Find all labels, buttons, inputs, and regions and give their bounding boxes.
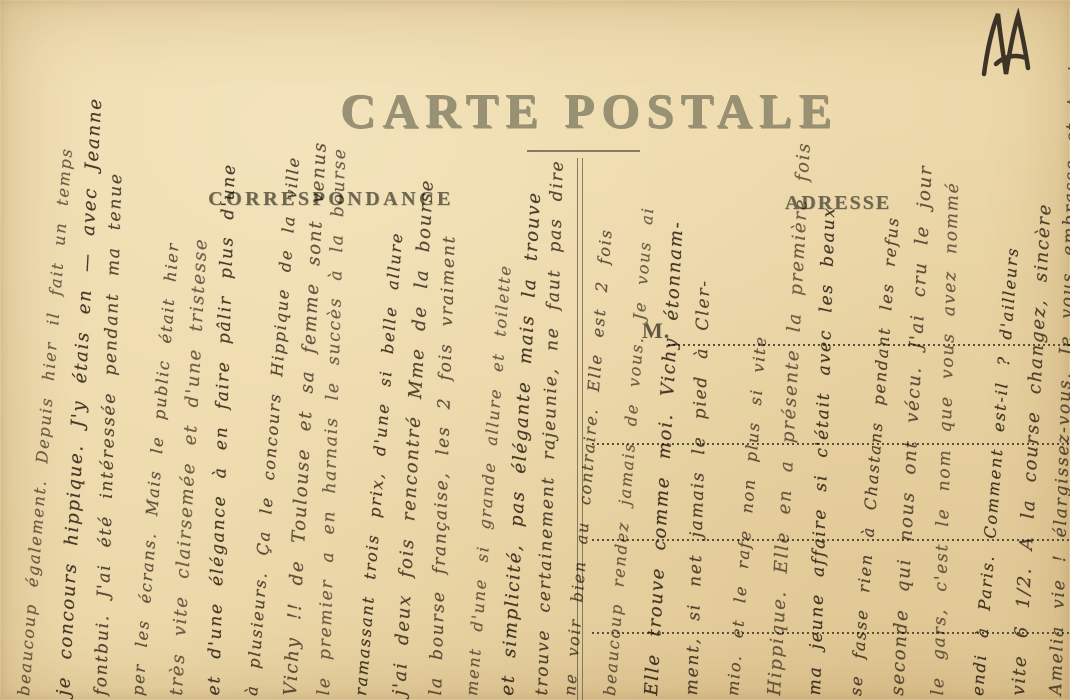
handwriting-layer: beaucoup également. Depuis hier il fait … bbox=[0, 0, 1070, 700]
flourish-mark bbox=[978, 4, 1038, 99]
postcard-back: CARTE POSTALE CORRESPONDANCE ADRESSE M. … bbox=[0, 0, 1070, 700]
